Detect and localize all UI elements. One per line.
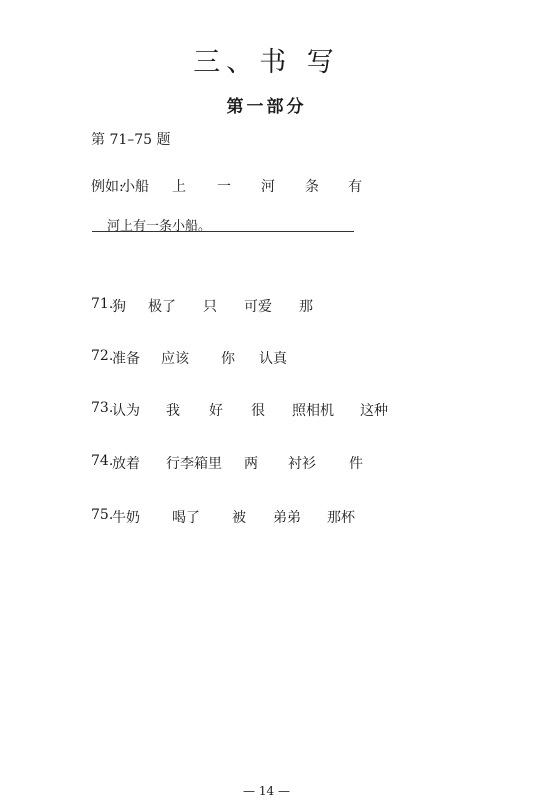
- question-number: 73.: [91, 400, 113, 416]
- question-word: 只: [203, 296, 217, 316]
- example-label: 例如:: [91, 176, 124, 196]
- question-word: 弟弟: [273, 507, 301, 527]
- question-word: 两: [244, 453, 258, 473]
- example-row: 例如: 小船 上 一 河 条 有: [91, 176, 391, 196]
- question-word: 认为: [112, 400, 140, 420]
- question-word: 照相机: [292, 400, 334, 420]
- answer-line: [92, 231, 354, 232]
- part-title: 第一部分: [0, 92, 533, 117]
- question-word: 行李箱里: [166, 453, 222, 473]
- question-word: 极了: [148, 296, 176, 316]
- section-title: 三、书 写: [0, 40, 533, 79]
- question-word: 喝了: [172, 507, 200, 527]
- example-word: 上: [172, 176, 186, 196]
- question-word: 这种: [360, 400, 388, 420]
- question-word: 那: [299, 296, 313, 316]
- question-range: 第 71–75 题: [91, 129, 171, 149]
- question-73: 73. 认为 我 好 很 照相机 这种: [91, 400, 411, 420]
- question-word: 认真: [259, 348, 287, 368]
- example-word: 条: [305, 176, 319, 196]
- question-72: 72. 准备 应该 你 认真: [91, 348, 391, 368]
- question-word: 可爱: [244, 296, 272, 316]
- question-number: 71.: [91, 296, 113, 312]
- question-word: 应该: [161, 348, 189, 368]
- example-word: 有: [348, 176, 362, 196]
- question-word: 很: [251, 400, 265, 420]
- example-word: 河: [261, 176, 275, 196]
- question-word: 好: [209, 400, 223, 420]
- question-number: 74.: [91, 453, 113, 469]
- page-number: — 14 —: [0, 784, 533, 798]
- example-word: 小船: [121, 176, 149, 196]
- question-number: 72.: [91, 348, 113, 364]
- question-74: 74. 放着 行李箱里 两 衬衫 件: [91, 453, 411, 473]
- example-word: 一: [217, 176, 231, 196]
- question-word: 你: [221, 348, 235, 368]
- question-word: 那杯: [327, 507, 355, 527]
- question-word: 我: [166, 400, 180, 420]
- question-word: 准备: [112, 348, 140, 368]
- question-word: 被: [232, 507, 246, 527]
- question-word: 衬衫: [288, 453, 316, 473]
- question-number: 75.: [91, 507, 113, 523]
- question-71: 71. 狗 极了 只 可爱 那: [91, 296, 391, 316]
- question-word: 牛奶: [112, 507, 140, 527]
- question-75: 75. 牛奶 喝了 被 弟弟 那杯: [91, 507, 411, 527]
- question-word: 件: [349, 453, 363, 473]
- question-word: 狗: [112, 296, 126, 316]
- question-word: 放着: [112, 453, 140, 473]
